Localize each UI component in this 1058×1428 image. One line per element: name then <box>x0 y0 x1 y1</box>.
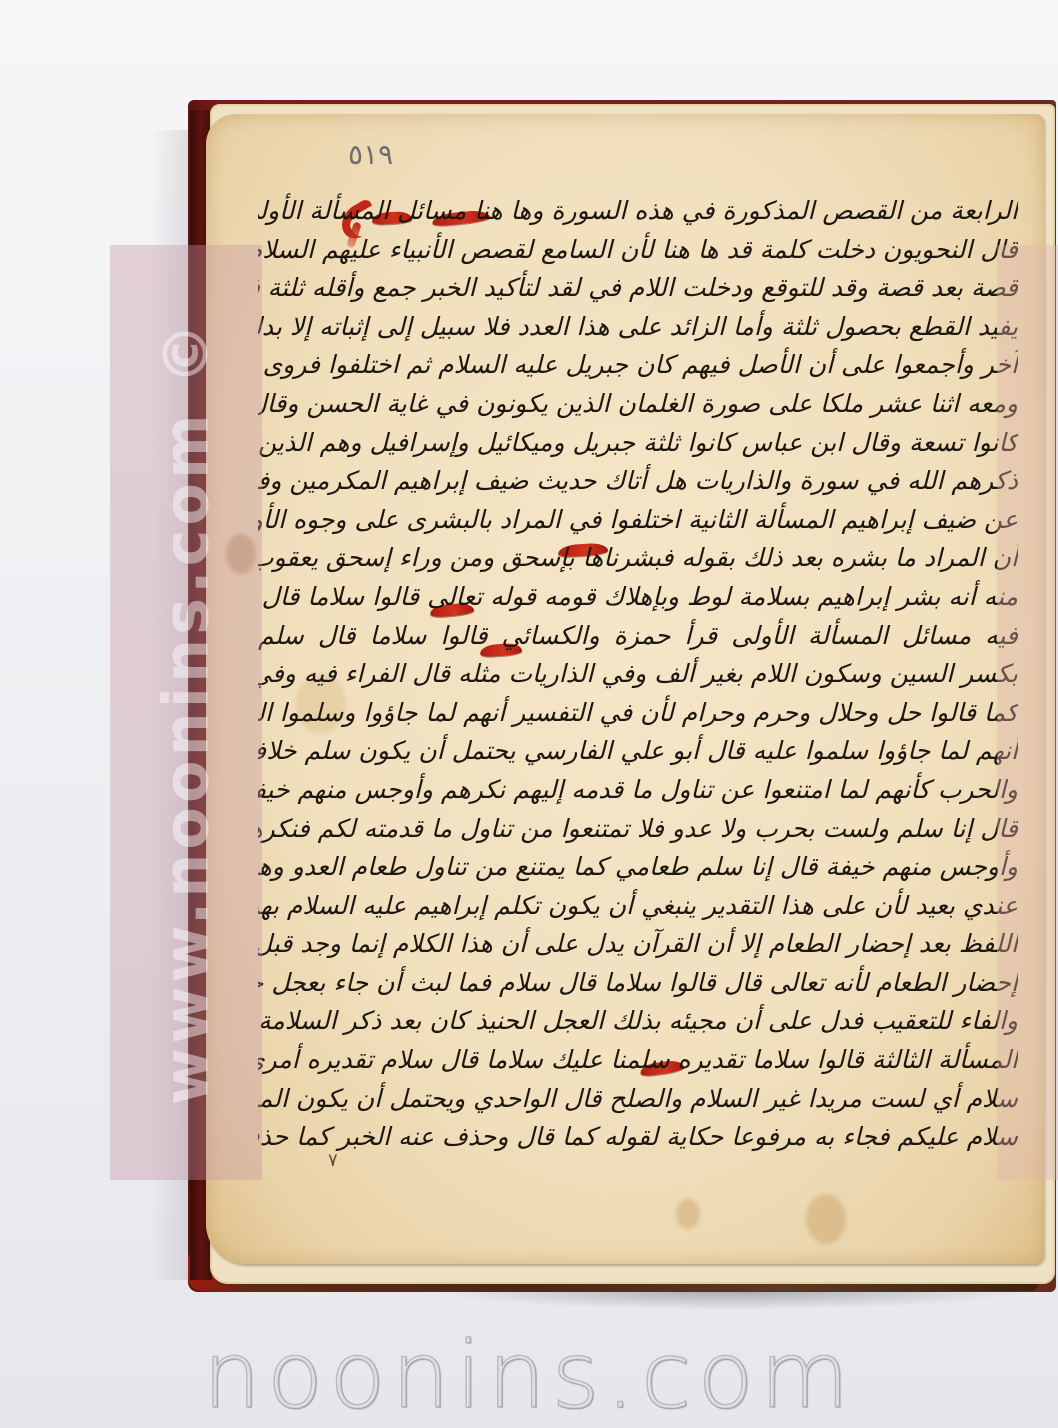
text-line: ومعه اثنا عشر ملكا على صورة الغلمان الذي… <box>258 385 1018 424</box>
text-line: إحضار الطعام لأنه تعالى قال قالوا سلاما … <box>258 964 1018 1003</box>
text-line: المسألة الثالثة قالوا سلاما تقديره سلمنا… <box>258 1041 1018 1080</box>
text-line: اللفظ بعد إحضار الطعام إلا أن القرآن يدل… <box>258 925 1018 964</box>
text-line: أن المراد ما بشره بعد ذلك بقوله فبشرناها… <box>258 539 1018 578</box>
text-line: أنهم لما جاؤوا سلموا عليه قال أبو علي ال… <box>258 732 1018 771</box>
watermark-vertical-text: www.noonins.com © <box>150 319 223 1105</box>
manuscript-text: الرابعة من القصص المذكورة في هذه السورة … <box>258 192 1018 1157</box>
text-line: قال إنا سلم ولست بحرب ولا عدو فلا تمتنعو… <box>258 810 1018 849</box>
text-line: منه أنه بشر إبراهيم بسلامة لوط وبإهلاك ق… <box>258 578 1018 617</box>
text-line: عن ضيف إبراهيم المسألة الثانية اختلفوا ف… <box>258 501 1018 540</box>
text-line: الرابعة من القصص المذكورة في هذه السورة … <box>258 192 1018 231</box>
text-line: آخر وأجمعوا على أن الأصل فيهم كان جبريل … <box>258 346 1018 385</box>
text-line: قصة بعد قصة وقد للتوقع ودخلت اللام في لق… <box>258 269 1018 308</box>
text-line: فيه مسائل المسألة الأولى قرأ حمزة والكسا… <box>258 617 1018 656</box>
text-line: قال النحويون دخلت كلمة قد ها هنا لأن الس… <box>258 231 1018 270</box>
text-line: سلام عليكم فجاء به مرفوعا حكاية لقوله كم… <box>258 1118 1018 1157</box>
text-line: سلام أي لست مريدا غير السلام والصلح قال … <box>258 1080 1018 1119</box>
text-line: وأوجس منهم خيفة قال إنا سلم طعامي كما يم… <box>258 848 1018 887</box>
water-stain <box>806 1194 846 1244</box>
watermark-bottom-text: noonins.com <box>0 1322 1058 1428</box>
text-line: والحرب كأنهم لما امتنعوا عن تناول ما قدم… <box>258 771 1018 810</box>
text-line: والفاء للتعقيب فدل على أن مجيئه بذلك الع… <box>258 1002 1018 1041</box>
text-line: كانوا تسعة وقال ابن عباس كانوا ثلثة جبري… <box>258 424 1018 463</box>
text-line: يفيد القطع بحصول ثلثة وأما الزائد على هذ… <box>258 308 1018 347</box>
margin-catchword-mark: ٧ <box>328 1150 338 1171</box>
text-line: كما قالوا حل وحلال وحرم وحرام لأن في الت… <box>258 694 1018 733</box>
water-stain <box>676 1199 700 1229</box>
text-line: ذكرهم الله في سورة والذاريات هل أتاك حدي… <box>258 462 1018 501</box>
folio-number: ٥١٩ <box>348 138 393 171</box>
watermark-panel-right <box>997 245 1058 1180</box>
text-line: بكسر السين وسكون اللام بغير ألف وفي الذا… <box>258 655 1018 694</box>
text-line: عندي بعيد لأن على هذا التقدير ينبغي أن ي… <box>258 887 1018 926</box>
